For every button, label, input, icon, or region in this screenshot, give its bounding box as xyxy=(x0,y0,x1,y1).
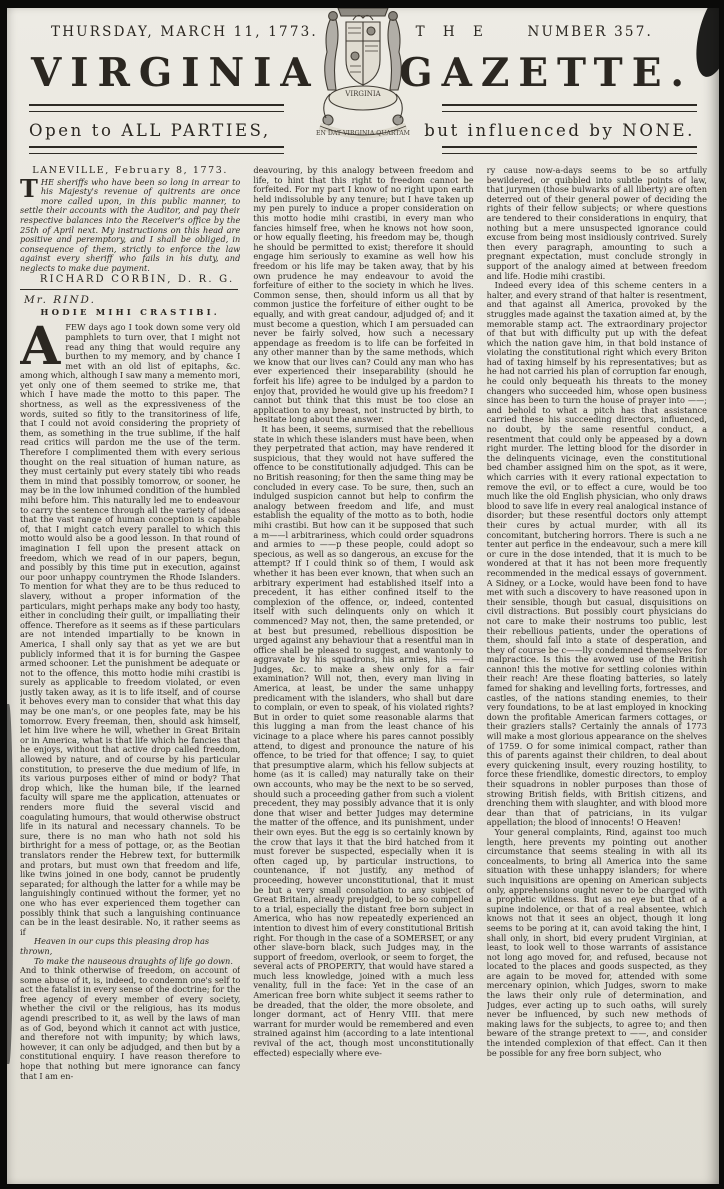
masthead-title-right: GAZETTE. xyxy=(399,50,693,96)
notice-dropcap: T xyxy=(20,178,41,198)
essay-paragraph-1: AFEW days ago I took down some very old … xyxy=(20,323,240,937)
quitrents-notice: THE sheriffs who have been so long in ar… xyxy=(20,178,240,274)
notice-text: HE sheriffs who have been so long in arr… xyxy=(20,177,240,273)
essay-motto: HODIE MIHI CRASTIBI. xyxy=(20,309,240,319)
article-columns: LANEVILLE, February 8, 1773. THE sheriff… xyxy=(7,154,719,1146)
newspaper-page: THURSDAY, MARCH 11, 1773. T H E NUMBER 3… xyxy=(7,8,719,1184)
essay-paragraph-3: deavouring, by this analogy between free… xyxy=(253,166,473,425)
column-3: ry cause now-a-days seems to be so artfu… xyxy=(487,166,707,1146)
rule-segment xyxy=(442,104,697,112)
banner-influenced-by-none: but influenced by NONE. xyxy=(424,121,695,140)
notice-dateline: LANEVILLE, February 8, 1773. xyxy=(20,166,240,176)
essay-paragraph-1-text: FEW days ago I took down some very old p… xyxy=(20,322,240,936)
notice-signature: RICHARD CORBIN, D. R. G. xyxy=(20,275,240,285)
essay-paragraph-6: Indeed every idea of this scheme centers… xyxy=(487,281,707,828)
essay-paragraph-5: ry cause now-a-days seems to be so artfu… xyxy=(487,166,707,281)
column-1: LANEVILLE, February 8, 1773. THE sheriff… xyxy=(20,166,240,1146)
letter-salutation: Mr. RIND. xyxy=(20,296,240,306)
verse-line-1: Heaven in our cups this pleasing drop ha… xyxy=(20,937,240,956)
rule-segment xyxy=(442,146,697,154)
masthead-title-left: VIRGINIA xyxy=(31,50,320,96)
issue-number: NUMBER 357. xyxy=(527,24,653,40)
scan-edge-smudge xyxy=(7,704,13,1064)
essay-dropcap: A xyxy=(20,323,65,368)
newspaper-scan: THURSDAY, MARCH 11, 1773. T H E NUMBER 3… xyxy=(0,0,724,1189)
column-2: deavouring, by this analogy between free… xyxy=(253,166,473,1146)
masthead-the: T H E xyxy=(416,24,490,40)
rule-segment xyxy=(29,104,284,112)
rule-segment xyxy=(29,146,284,154)
essay-paragraph-7: Your general complaints, Rind, against t… xyxy=(487,828,707,1058)
virginia-coat-of-arms-icon: VIRGINIA EN DAT VIRGINIA QUARTAM xyxy=(300,8,426,154)
essay-paragraph-2: And to think otherwise of freedom, on ac… xyxy=(20,966,240,1081)
essay-paragraph-4: It has been, it seems, surmised that the… xyxy=(253,425,473,1058)
arms-label: VIRGINIA xyxy=(344,90,381,98)
banner-open-to-all-parties: Open to ALL PARTIES, xyxy=(29,121,271,140)
section-rule xyxy=(20,289,238,290)
masthead: VIRGINIA GAZETTE. Open to ALL PARTIES, b… xyxy=(7,44,719,154)
arms-motto: EN DAT VIRGINIA QUARTAM xyxy=(316,130,411,137)
issue-date: THURSDAY, MARCH 11, 1773. xyxy=(51,24,318,40)
